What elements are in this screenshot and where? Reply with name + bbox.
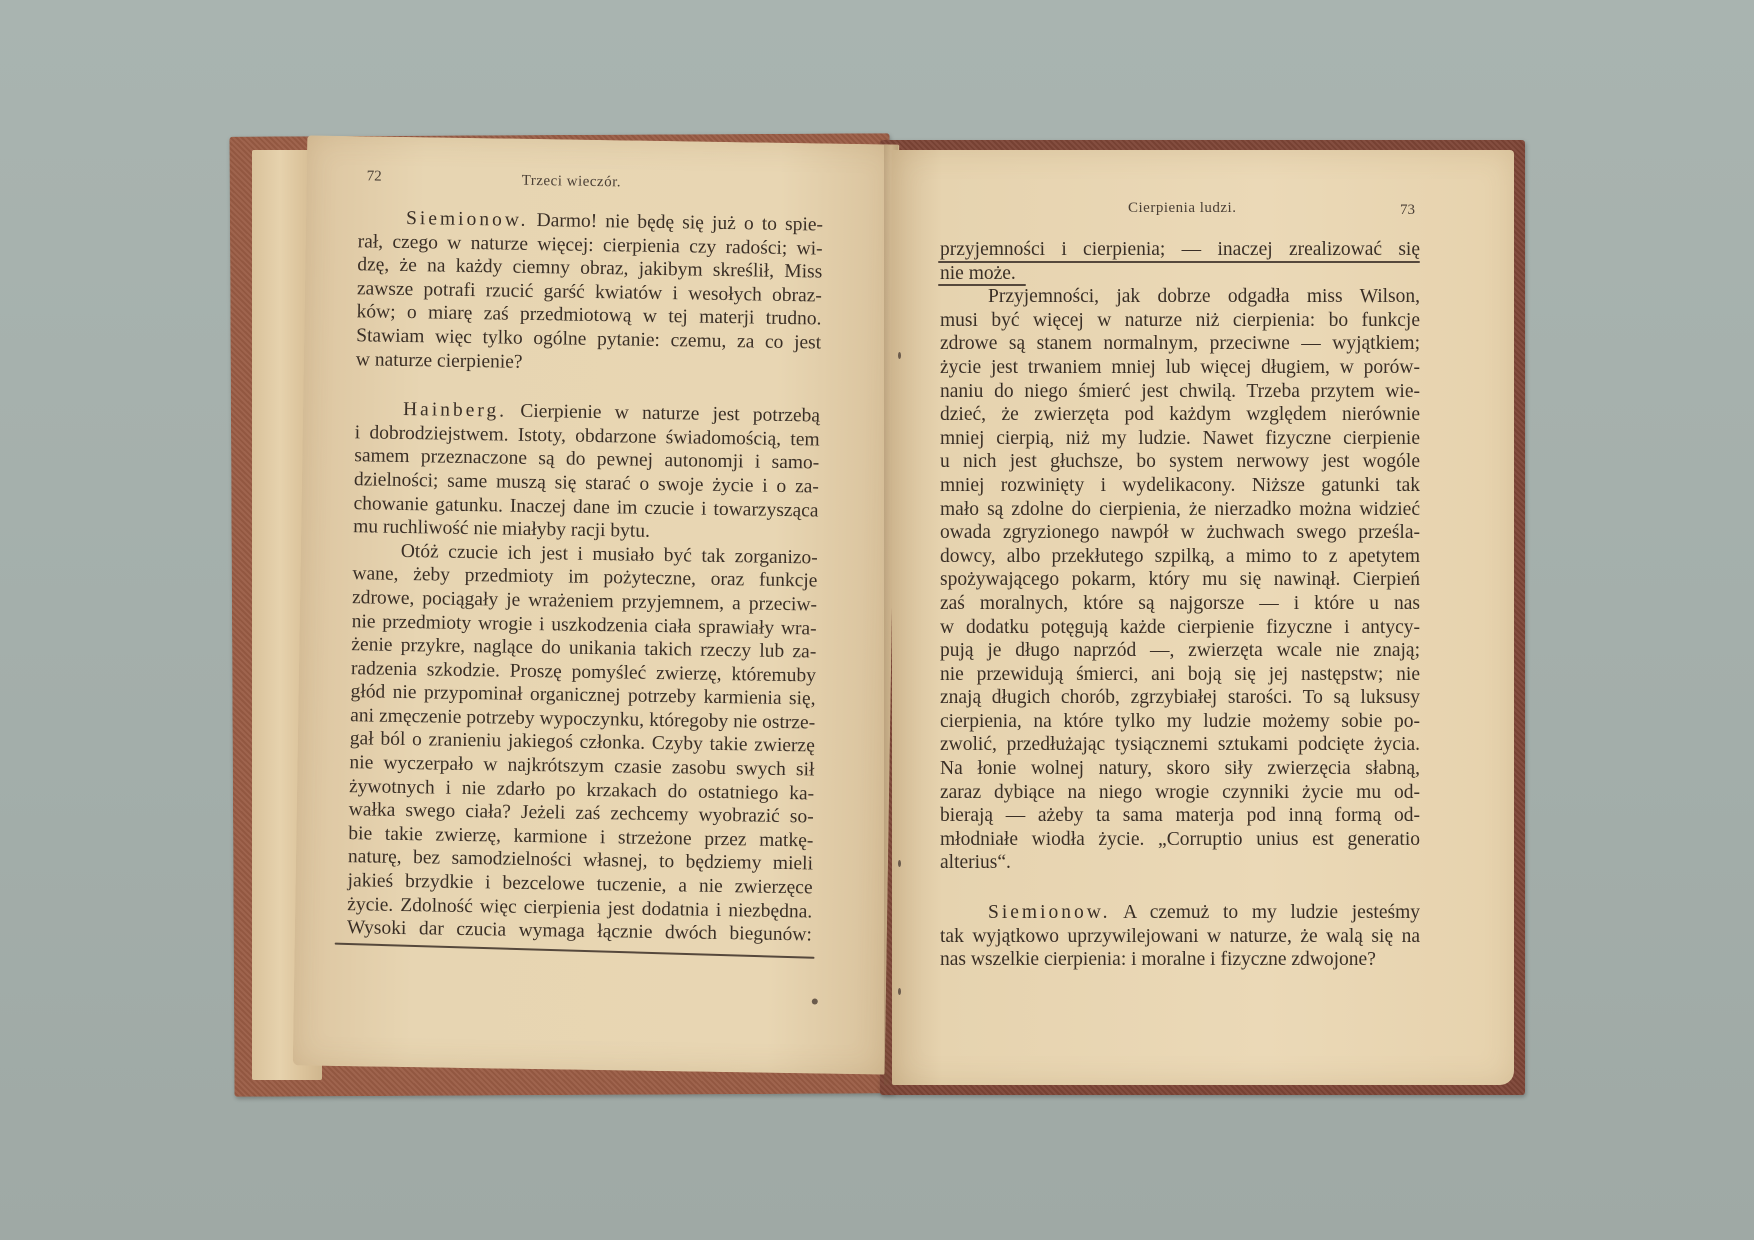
paper-speck: [898, 988, 901, 995]
text-line: pują je długo naprzód —, zwierzęta wcale…: [940, 639, 1420, 663]
text-line: nas wszelkie cierpienia: i moralne i fiz…: [940, 948, 1420, 972]
text-line: u nich jest głuchsze, bo system nerwowy …: [940, 450, 1420, 474]
text-line: mniej rozwinięty i wydelikacony. Niższe …: [940, 474, 1420, 498]
text-line: w dodatku potęgują każde cierpienie fizy…: [940, 616, 1420, 640]
text-line: mało są zdolne do cierpienia, że nierzad…: [940, 498, 1420, 522]
text-line: musi być więcej w naturze niż cierpienia…: [940, 309, 1420, 333]
right-page-text: przyjemności i cierpienia; — inaczej zre…: [940, 238, 1420, 972]
text-line: naniu do niego śmierć jest chwilą. Trzeb…: [940, 380, 1420, 404]
text-line: spożywającego pokarm, który mu się nawin…: [940, 568, 1420, 592]
text-line: dowcy, albo przekłutego szpilką, a mimo …: [940, 545, 1420, 569]
text-line: dzieć, że zwierzęta pod każdym względem …: [940, 403, 1420, 427]
text-line: życie jest trwaniem mniej lub więcej dłu…: [940, 356, 1420, 380]
speaker-name: Hainberg.: [403, 399, 507, 422]
text-line: cierpienia, na które tylko my ludzie moż…: [940, 710, 1420, 734]
text-line: bierają — ażeby ta sama materja pod inną…: [940, 804, 1420, 828]
text-line: nie przewidują śmierci, ani boją się jej…: [940, 663, 1420, 687]
text-line: znają długich chorób, zgrzybiałej staroś…: [940, 686, 1420, 710]
open-book: 72 Trzeci wieczór. Siemionow. Darmo! nie…: [0, 0, 1754, 1240]
running-head: Trzeci wieczór.: [522, 173, 622, 192]
page-number: 73: [1400, 202, 1415, 219]
speaker-name: Siemionow.: [406, 208, 529, 231]
text-line: zaraz dybiące na niego wrogie czynniki ż…: [940, 781, 1420, 805]
text-line: Siemionow. A czemuż to my ludzie jesteśm…: [940, 901, 1420, 925]
paper-speck: [812, 998, 818, 1004]
running-head: Cierpienia ludzi.: [1128, 200, 1236, 217]
text-line: alterius“.: [940, 851, 1420, 875]
text-line: przyjemności i cierpienia; — inaczej zre…: [940, 238, 1420, 262]
text-line: nie może.: [940, 262, 1420, 286]
text-line: młodniałe wiodła życie. „Corruptio unius…: [940, 828, 1420, 852]
speaker-name: Siemionow.: [988, 902, 1110, 923]
text-line: zwolić, przedłużając tysiącznemi sztukam…: [940, 733, 1420, 757]
text-line: owada zgryzionego nawpół w żuchwach sweg…: [940, 521, 1420, 545]
left-page: 72 Trzeci wieczór. Siemionow. Darmo! nie…: [293, 135, 900, 1074]
paper-speck: [898, 860, 901, 867]
text-line: zdrowe są stanem normalnym, przeciwne — …: [940, 332, 1420, 356]
text-line: Przyjemności, jak dobrze odgadła miss Wi…: [940, 285, 1420, 309]
text-line: mniej cierpią, niż my ludzie. Nawet fizy…: [940, 427, 1420, 451]
pencil-underline: [938, 261, 1420, 263]
paper-speck: [898, 352, 901, 359]
text-line: tak wyjątkowo uprzywilejowani w naturze,…: [940, 925, 1420, 949]
text-line: Na łonie wolnej natury, skoro siły zwier…: [940, 757, 1420, 781]
left-page-text: Siemionow. Darmo! nie będę się już o to …: [347, 206, 823, 947]
right-page: Cierpienia ludzi. 73 przyjemności i cier…: [892, 150, 1514, 1085]
page-number: 72: [367, 168, 382, 185]
text-line: zaś moralnych, które są najgorsze — i kt…: [940, 592, 1420, 616]
pencil-underline: [938, 284, 1026, 286]
